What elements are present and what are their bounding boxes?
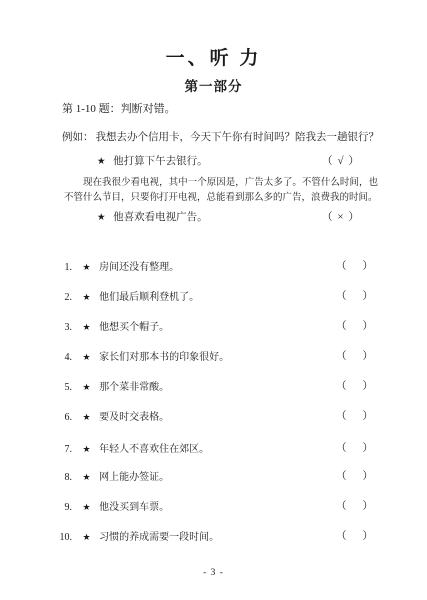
question-number: 2. <box>55 292 72 303</box>
test-paper-page: 一、听 力 第一部分 第 1-10 题：判断对错。 例如：我想去办个信用卡，今天… <box>0 0 427 600</box>
question-row: 1. ★ 房间还没有整理。 （） <box>0 258 427 273</box>
example-statement-row-1: ★ 他打算下午去银行。 （√） <box>0 153 427 168</box>
paren-close: ） <box>363 443 374 454</box>
example-answer-1: （√） <box>322 153 359 168</box>
question-number: 8. <box>55 472 72 483</box>
question-number: 5. <box>55 382 72 393</box>
check-icon: √ <box>333 155 349 167</box>
example-statement: 他打算下午去银行。 <box>113 156 208 167</box>
answer-blank[interactable]: （） <box>336 318 373 333</box>
paren-close: ） <box>363 261 374 272</box>
answer-blank[interactable]: （） <box>336 378 373 393</box>
question-row: 3. ★ 他想买个帽子。 （） <box>0 318 427 333</box>
paren-open: （ <box>336 261 347 272</box>
question-row: 2. ★ 他们最后顺利登机了。 （） <box>0 288 427 303</box>
paren-close: ） <box>363 471 374 482</box>
answer-blank[interactable]: （） <box>336 440 373 455</box>
paren-open: （ <box>336 381 347 392</box>
question-text: 家长们对那本书的印象很好。 <box>99 352 229 363</box>
star-icon: ★ <box>83 412 91 422</box>
answer-blank[interactable]: （） <box>336 498 373 513</box>
instructions-line: 第 1-10 题：判断对错。 <box>62 100 176 116</box>
paren-close: ） <box>363 531 374 542</box>
paren-open: （ <box>336 321 347 332</box>
paren-open: （ <box>322 156 333 167</box>
question-row: 5. ★ 那个菜非常酸。 （） <box>0 378 427 393</box>
question-text: 网上能办签证。 <box>99 472 169 483</box>
example-label: 例如： <box>62 132 94 143</box>
question-row: 6. ★ 要及时交表格。 （） <box>0 408 427 423</box>
question-text: 他想买个帽子。 <box>99 322 169 333</box>
page-number: - 3 - <box>0 568 427 578</box>
paren-close: ） <box>363 351 374 362</box>
question-text: 房间还没有整理。 <box>99 262 179 273</box>
question-text: 习惯的养成需要一段时间。 <box>99 532 219 543</box>
question-number: 6. <box>55 412 72 423</box>
paren-open: （ <box>336 471 347 482</box>
paren-close: ） <box>363 321 374 332</box>
paren-close: ） <box>349 156 360 167</box>
answer-blank[interactable]: （） <box>336 408 373 423</box>
star-icon: ★ <box>83 352 91 362</box>
example-dialogue: 我想去办个信用卡，今天下午你有时间吗？陪我去一趟银行？ <box>96 132 380 143</box>
question-number: 10. <box>55 532 72 543</box>
paren-open: （ <box>336 411 347 422</box>
question-row: 9. ★ 他没买到车票。 （） <box>0 498 427 513</box>
paren-open: （ <box>336 501 347 512</box>
question-row: 8. ★ 网上能办签证。 （） <box>0 468 427 483</box>
example-answer-2: （×） <box>322 209 359 224</box>
paren-close: ） <box>349 212 360 223</box>
question-text: 他们最后顺利登机了。 <box>99 292 199 303</box>
star-icon: ★ <box>83 292 91 302</box>
question-number: 4. <box>55 352 72 363</box>
question-row: 4. ★ 家长们对那本书的印象很好。 （） <box>0 348 427 363</box>
question-row: 10. ★ 习惯的养成需要一段时间。 （） <box>0 528 427 543</box>
star-icon: ★ <box>83 532 91 542</box>
paren-close: ） <box>363 501 374 512</box>
question-text: 年轻人不喜欢住在郊区。 <box>99 444 209 455</box>
section-heading: 第一部分 <box>0 75 427 95</box>
cross-icon: × <box>333 211 349 223</box>
star-icon: ★ <box>83 382 91 392</box>
question-text: 那个菜非常酸。 <box>99 382 169 393</box>
question-number: 7. <box>55 444 72 455</box>
paren-open: （ <box>336 443 347 454</box>
question-text: 要及时交表格。 <box>99 412 169 423</box>
question-number: 9. <box>55 502 72 513</box>
page-title: 一、听 力 <box>0 43 427 70</box>
answer-blank[interactable]: （） <box>336 348 373 363</box>
paren-open: （ <box>336 351 347 362</box>
star-icon: ★ <box>97 213 106 223</box>
answer-blank[interactable]: （） <box>336 528 373 543</box>
question-row: 7. ★ 年轻人不喜欢住在郊区。 （） <box>0 440 427 455</box>
star-icon: ★ <box>83 322 91 332</box>
paren-open: （ <box>322 212 333 223</box>
paren-close: ） <box>363 291 374 302</box>
example-prompt: 例如：我想去办个信用卡，今天下午你有时间吗？陪我去一趟银行？ <box>62 129 379 144</box>
answer-blank[interactable]: （） <box>336 288 373 303</box>
question-text: 他没买到车票。 <box>99 502 169 513</box>
answer-blank[interactable]: （） <box>336 258 373 273</box>
question-number: 1. <box>55 262 72 273</box>
star-icon: ★ <box>83 444 91 454</box>
paren-close: ） <box>363 381 374 392</box>
example-statement: 他喜欢看电视广告。 <box>113 212 208 223</box>
paren-open: （ <box>336 291 347 302</box>
paren-close: ） <box>363 411 374 422</box>
answer-blank[interactable]: （） <box>336 468 373 483</box>
paren-open: （ <box>336 531 347 542</box>
example-statement-row-2: ★ 他喜欢看电视广告。 （×） <box>0 209 427 224</box>
example-passage: 现在我很少看电视，其中一个原因是，广告太多了。不管什么时间，也不管什么节目，只要… <box>64 176 378 206</box>
star-icon: ★ <box>97 157 106 167</box>
star-icon: ★ <box>83 472 91 482</box>
star-icon: ★ <box>83 262 91 272</box>
question-number: 3. <box>55 322 72 333</box>
star-icon: ★ <box>83 502 91 512</box>
